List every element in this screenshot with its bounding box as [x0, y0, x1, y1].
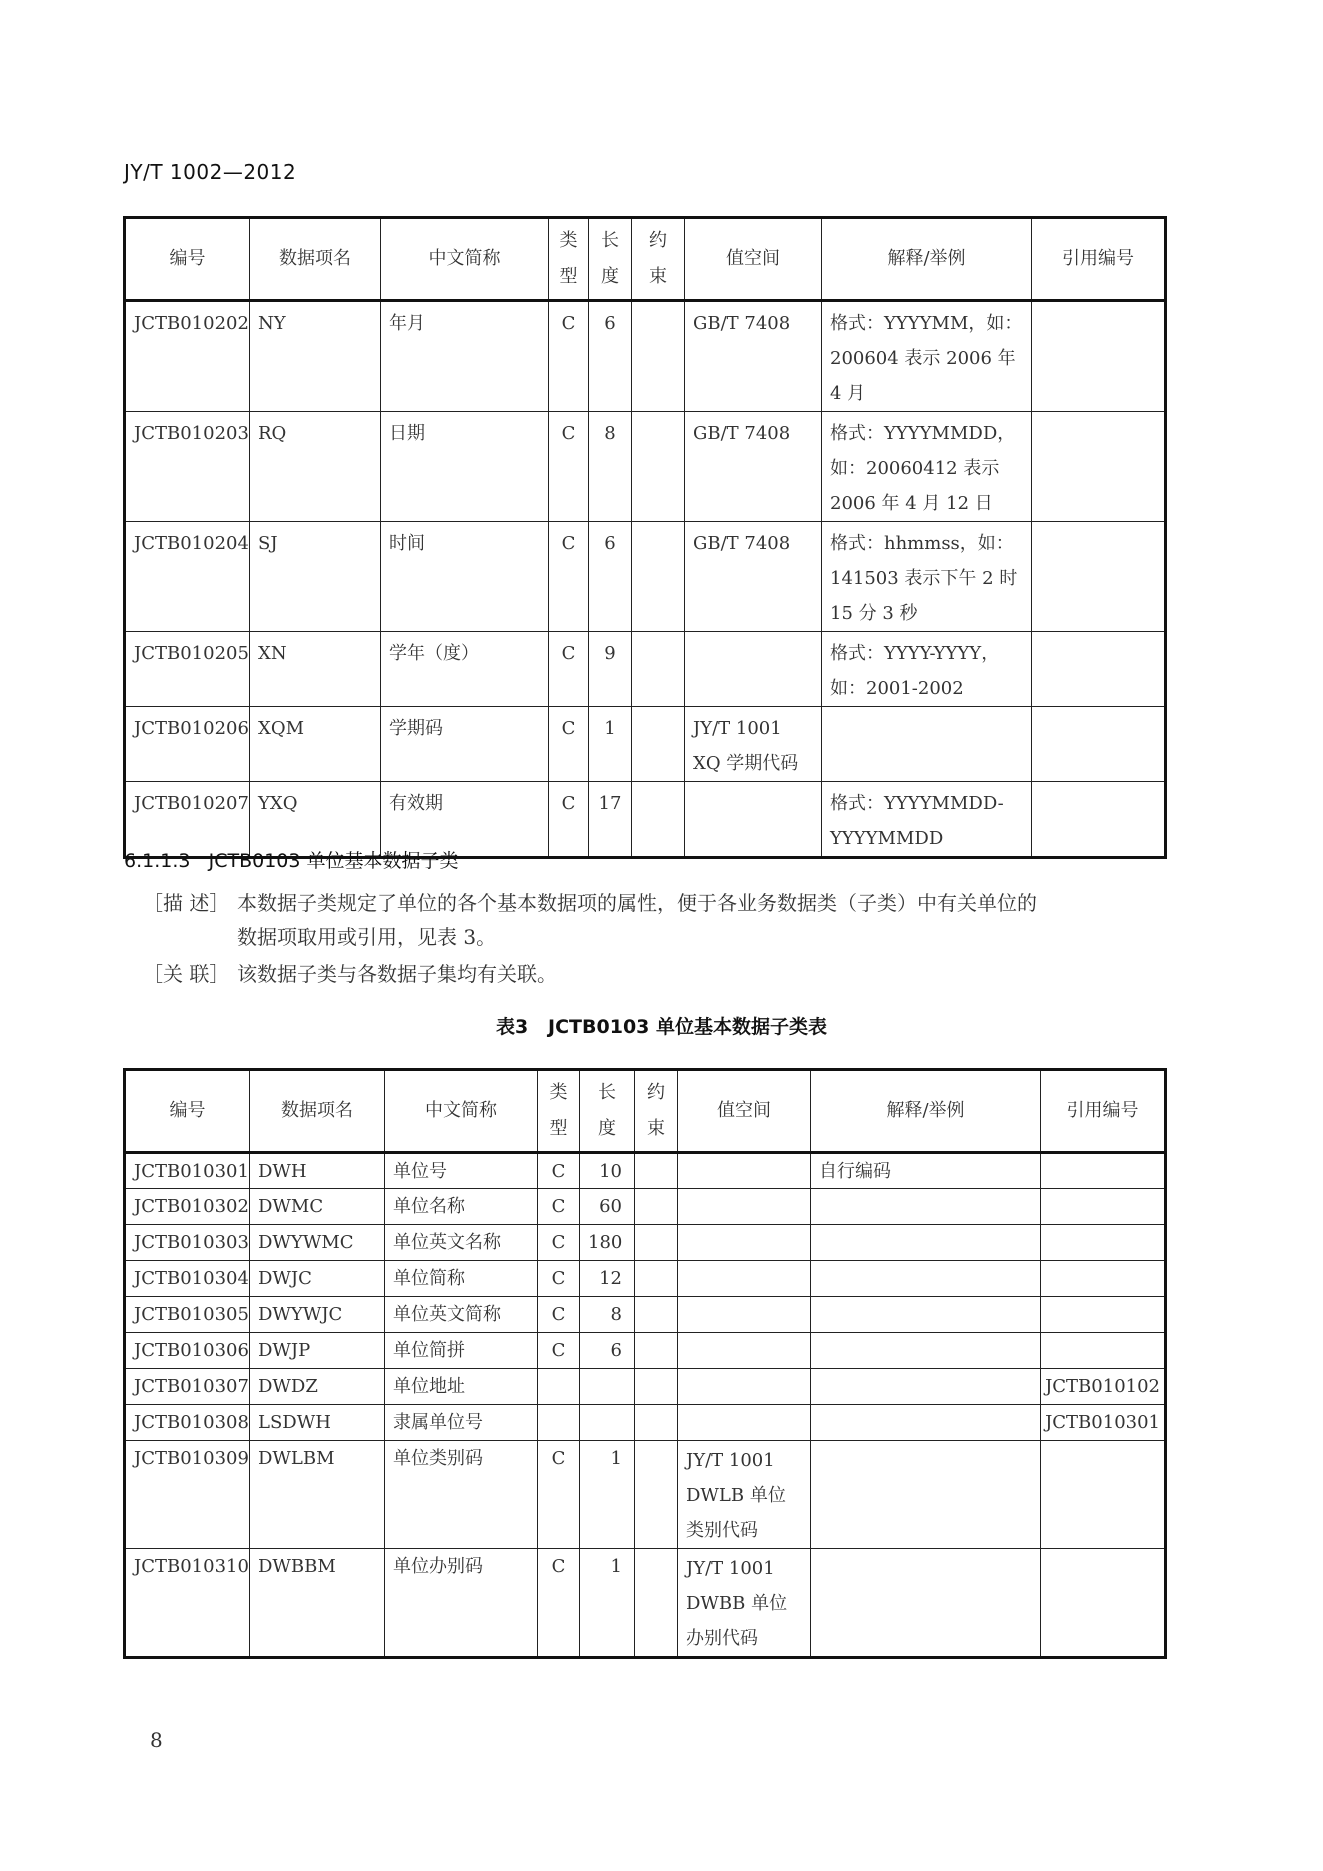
cell-constraint: [635, 1549, 678, 1658]
cell-ref-id: [1041, 1441, 1166, 1549]
col-header-constraint: 约束: [635, 1070, 678, 1153]
cell-type: [538, 1405, 580, 1441]
cell-ref-id: [1041, 1333, 1166, 1369]
col-header-id: 编号: [125, 218, 250, 301]
cell-length: 1: [580, 1549, 635, 1658]
cell-type: C: [549, 782, 589, 858]
cell-value-space: [678, 1297, 811, 1333]
cell-cn-name: 单位简拼: [385, 1333, 538, 1369]
cell-ref-id: JCTB010301: [1041, 1405, 1166, 1441]
data-items-table-1: 编号 数据项名 中文简称 类型 长度 约束 值空间 解释/举例 引用编号 JCT…: [123, 216, 1167, 859]
cell-name: DWMC: [250, 1189, 385, 1225]
description-tag: ［描 述］: [143, 886, 237, 920]
cell-id: JCTB010308: [125, 1405, 250, 1441]
col-header-name: 数据项名: [250, 218, 381, 301]
cell-type: C: [538, 1225, 580, 1261]
cell-ref-id: JCTB010102: [1041, 1369, 1166, 1405]
cell-ref-id: [1041, 1189, 1166, 1225]
cell-ref-id: [1041, 1261, 1166, 1297]
cell-length: [580, 1369, 635, 1405]
cell-constraint: [635, 1261, 678, 1297]
cell-constraint: [635, 1405, 678, 1441]
cell-type: C: [549, 707, 589, 782]
cell-constraint: [635, 1225, 678, 1261]
cell-cn-name: 年月: [381, 301, 549, 412]
cell-cn-name: 日期: [381, 412, 549, 522]
cell-explanation: [811, 1441, 1041, 1549]
cell-ref-id: [1041, 1549, 1166, 1658]
col-header-length: 长度: [580, 1070, 635, 1153]
cell-length: 8: [580, 1297, 635, 1333]
cell-name: DWH: [250, 1153, 385, 1189]
cell-id: JCTB010306: [125, 1333, 250, 1369]
cell-id: JCTB010309: [125, 1441, 250, 1549]
cell-constraint: [635, 1333, 678, 1369]
cell-cn-name: 学期码: [381, 707, 549, 782]
cell-value-space: GB/T 7408: [685, 301, 822, 412]
cell-name: XQM: [250, 707, 381, 782]
cell-name: DWJP: [250, 1333, 385, 1369]
cell-constraint: [632, 301, 685, 412]
cell-type: C: [538, 1297, 580, 1333]
cell-value-space: [678, 1369, 811, 1405]
cell-explanation: [811, 1225, 1041, 1261]
table-row: JCTB010305 DWYWJC 单位英文简称 C 8: [125, 1297, 1166, 1333]
col-header-type: 类型: [538, 1070, 580, 1153]
cell-value-space: JY/T 1001 DWBB 单位办别代码: [678, 1549, 811, 1658]
cell-name: DWJC: [250, 1261, 385, 1297]
cell-type: C: [549, 301, 589, 412]
standard-code-header: JY/T 1002—2012: [124, 160, 296, 184]
cell-name: LSDWH: [250, 1405, 385, 1441]
cell-type: C: [538, 1441, 580, 1549]
cell-cn-name: 单位简称: [385, 1261, 538, 1297]
cell-id: JCTB010301: [125, 1153, 250, 1189]
cell-length: 9: [589, 632, 632, 707]
table-row: JCTB010203 RQ 日期 C 8 GB/T 7408 格式：YYYYMM…: [125, 412, 1166, 522]
cell-explanation: [811, 1297, 1041, 1333]
cell-id: JCTB010302: [125, 1189, 250, 1225]
cell-value-space: GB/T 7408: [685, 522, 822, 632]
table-row: JCTB010309 DWLBM 单位类别码 C 1 JY/T 1001 DWL…: [125, 1441, 1166, 1549]
relation-paragraph: ［关 联］该数据子类与各数据子集均有关联。: [143, 957, 557, 991]
cell-length: 6: [589, 301, 632, 412]
col-header-value-space: 值空间: [678, 1070, 811, 1153]
cell-type: C: [549, 522, 589, 632]
cell-ref-id: [1041, 1153, 1166, 1189]
cell-explanation: [811, 1405, 1041, 1441]
cell-value-space: [678, 1153, 811, 1189]
cell-length: 8: [589, 412, 632, 522]
table-header-row: 编号 数据项名 中文简称 类型 长度 约束 值空间 解释/举例 引用编号: [125, 218, 1166, 301]
cell-name: DWYWJC: [250, 1297, 385, 1333]
cell-length: 180: [580, 1225, 635, 1261]
cell-id: JCTB010310: [125, 1549, 250, 1658]
cell-type: C: [549, 632, 589, 707]
table-row: JCTB010206 XQM 学期码 C 1 JY/T 1001 XQ 学期代码: [125, 707, 1166, 782]
cell-explanation: 格式：YYYYMMDD，如：20060412 表示 2006 年 4 月 12 …: [822, 412, 1032, 522]
col-header-length: 长度: [589, 218, 632, 301]
cell-constraint: [632, 782, 685, 858]
cell-cn-name: 单位号: [385, 1153, 538, 1189]
cell-length: [580, 1405, 635, 1441]
cell-constraint: [635, 1297, 678, 1333]
cell-cn-name: 单位类别码: [385, 1441, 538, 1549]
cell-id: JCTB010304: [125, 1261, 250, 1297]
cell-name: XN: [250, 632, 381, 707]
cell-length: 12: [580, 1261, 635, 1297]
col-header-cn-name: 中文简称: [381, 218, 549, 301]
cell-constraint: [632, 632, 685, 707]
cell-explanation: 格式：YYYY-YYYY，如：2001-2002: [822, 632, 1032, 707]
cell-explanation: 自行编码: [811, 1153, 1041, 1189]
table-row: JCTB010301 DWH 单位号 C 10 自行编码: [125, 1153, 1166, 1189]
cell-explanation: 格式：YYYYMMDD-YYYYMMDD: [822, 782, 1032, 858]
col-header-explanation: 解释/举例: [822, 218, 1032, 301]
cell-length: 1: [580, 1441, 635, 1549]
table-row: JCTB010303 DWYWMC 单位英文名称 C 180: [125, 1225, 1166, 1261]
cell-cn-name: 隶属单位号: [385, 1405, 538, 1441]
cell-cn-name: 学年（度）: [381, 632, 549, 707]
cell-name: NY: [250, 301, 381, 412]
description-text-line1: 本数据子类规定了单位的各个基本数据项的属性，便于各业务数据类（子类）中有关单位的: [237, 891, 1037, 915]
col-header-ref-id: 引用编号: [1041, 1070, 1166, 1153]
cell-value-space: GB/T 7408: [685, 412, 822, 522]
cell-constraint: [632, 522, 685, 632]
cell-value-space: [678, 1405, 811, 1441]
cell-name: DWYWMC: [250, 1225, 385, 1261]
cell-explanation: [811, 1369, 1041, 1405]
cell-type: C: [538, 1333, 580, 1369]
table-row: JCTB010310 DWBBM 单位办别码 C 1 JY/T 1001 DWB…: [125, 1549, 1166, 1658]
cell-name: DWLBM: [250, 1441, 385, 1549]
cell-value-space: [678, 1225, 811, 1261]
cell-cn-name: 单位英文简称: [385, 1297, 538, 1333]
cell-value-space: [685, 782, 822, 858]
cell-ref-id: [1032, 632, 1166, 707]
cell-explanation: [811, 1333, 1041, 1369]
cell-value-space: JY/T 1001 DWLB 单位类别代码: [678, 1441, 811, 1549]
table-row: JCTB010205 XN 学年（度） C 9 格式：YYYY-YYYY，如：2…: [125, 632, 1166, 707]
cell-type: [538, 1369, 580, 1405]
table-row: JCTB010302 DWMC 单位名称 C 60: [125, 1189, 1166, 1225]
cell-type: C: [549, 412, 589, 522]
cell-explanation: [822, 707, 1032, 782]
cell-type: C: [538, 1189, 580, 1225]
cell-constraint: [632, 412, 685, 522]
col-header-ref-id: 引用编号: [1032, 218, 1166, 301]
cell-id: JCTB010203: [125, 412, 250, 522]
cell-cn-name: 单位地址: [385, 1369, 538, 1405]
cell-constraint: [635, 1369, 678, 1405]
table-caption: 表3 JCTB0103 单位基本数据子类表: [0, 1012, 1323, 1039]
cell-value-space: [685, 632, 822, 707]
cell-id: JCTB010206: [125, 707, 250, 782]
cell-id: JCTB010305: [125, 1297, 250, 1333]
cell-ref-id: [1041, 1225, 1166, 1261]
cell-length: 1: [589, 707, 632, 782]
cell-id: JCTB010202: [125, 301, 250, 412]
cell-explanation: [811, 1189, 1041, 1225]
cell-value-space: [678, 1189, 811, 1225]
cell-id: JCTB010307: [125, 1369, 250, 1405]
cell-name: SJ: [250, 522, 381, 632]
cell-ref-id: [1032, 782, 1166, 858]
cell-type: C: [538, 1261, 580, 1297]
cell-value-space: JY/T 1001 XQ 学期代码: [685, 707, 822, 782]
relation-tag: ［关 联］: [143, 957, 237, 991]
cell-type: C: [538, 1549, 580, 1658]
cell-cn-name: 单位英文名称: [385, 1225, 538, 1261]
cell-name: RQ: [250, 412, 381, 522]
cell-length: 6: [589, 522, 632, 632]
cell-constraint: [635, 1189, 678, 1225]
cell-length: 17: [589, 782, 632, 858]
cell-id: JCTB010204: [125, 522, 250, 632]
cell-value-space: [678, 1261, 811, 1297]
cell-explanation: [811, 1549, 1041, 1658]
col-header-constraint: 约束: [632, 218, 685, 301]
cell-name: DWDZ: [250, 1369, 385, 1405]
table-row: JCTB010304 DWJC 单位简称 C 12: [125, 1261, 1166, 1297]
table-row: JCTB010204 SJ 时间 C 6 GB/T 7408 格式：hhmmss…: [125, 522, 1166, 632]
cell-constraint: [632, 707, 685, 782]
cell-ref-id: [1032, 412, 1166, 522]
cell-explanation: 格式：hhmmss，如：141503 表示下午 2 时 15 分 3 秒: [822, 522, 1032, 632]
cell-ref-id: [1032, 301, 1166, 412]
col-header-cn-name: 中文简称: [385, 1070, 538, 1153]
cell-id: JCTB010303: [125, 1225, 250, 1261]
cell-ref-id: [1032, 707, 1166, 782]
cell-cn-name: 单位办别码: [385, 1549, 538, 1658]
cell-ref-id: [1032, 522, 1166, 632]
cell-id: JCTB010205: [125, 632, 250, 707]
table-row: JCTB010202 NY 年月 C 6 GB/T 7408 格式：YYYYMM…: [125, 301, 1166, 412]
table-header-row: 编号 数据项名 中文简称 类型 长度 约束 值空间 解释/举例 引用编号: [125, 1070, 1166, 1153]
cell-name: DWBBM: [250, 1549, 385, 1658]
table-row: JCTB010307 DWDZ 单位地址 JCTB010102: [125, 1369, 1166, 1405]
table-row: JCTB010308 LSDWH 隶属单位号 JCTB010301: [125, 1405, 1166, 1441]
data-items-table-2: 编号 数据项名 中文简称 类型 长度 约束 值空间 解释/举例 引用编号 JCT…: [123, 1068, 1167, 1659]
cell-length: 60: [580, 1189, 635, 1225]
col-header-id: 编号: [125, 1070, 250, 1153]
cell-constraint: [635, 1153, 678, 1189]
cell-constraint: [635, 1441, 678, 1549]
cell-length: 6: [580, 1333, 635, 1369]
cell-cn-name: 时间: [381, 522, 549, 632]
col-header-name: 数据项名: [250, 1070, 385, 1153]
description-text-line2: 数据项取用或引用，见表 3。: [143, 920, 1183, 954]
cell-explanation: 格式：YYYYMM，如：200604 表示 2006 年 4 月: [822, 301, 1032, 412]
table-row: JCTB010306 DWJP 单位简拼 C 6: [125, 1333, 1166, 1369]
relation-text: 该数据子类与各数据子集均有关联。: [237, 962, 557, 986]
col-header-type: 类型: [549, 218, 589, 301]
page-number: 8: [150, 1728, 163, 1752]
description-paragraph: ［描 述］本数据子类规定了单位的各个基本数据项的属性，便于各业务数据类（子类）中…: [143, 886, 1183, 954]
cell-explanation: [811, 1261, 1041, 1297]
cell-value-space: [678, 1333, 811, 1369]
col-header-value-space: 值空间: [685, 218, 822, 301]
cell-type: C: [538, 1153, 580, 1189]
cell-cn-name: 单位名称: [385, 1189, 538, 1225]
col-header-explanation: 解释/举例: [811, 1070, 1041, 1153]
cell-length: 10: [580, 1153, 635, 1189]
cell-ref-id: [1041, 1297, 1166, 1333]
section-heading: 6.1.1.3 JCTB0103 单位基本数据子类: [124, 846, 459, 873]
